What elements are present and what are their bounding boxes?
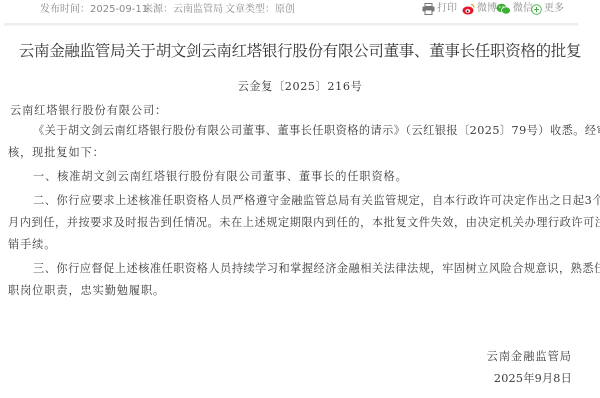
document-title: 云南金融监管局关于胡文剑云南红塔银行股份有限公司董事、董事长任职资格的批复 xyxy=(0,39,600,61)
source: 来源：云南监管局 xyxy=(143,4,223,16)
paragraph-line: 月内到任，并按要求及时报告到任情况。未在上述规定期限内到任的，本批复文件失效，由… xyxy=(8,216,600,230)
paragraph-line: 二、你行应要求上述核准任职资格人员严格遵守金融监管总局有关监管规定，自本行政许可… xyxy=(33,194,600,208)
paragraph-line: 《关于胡文剑云南红塔银行股份有限公司董事、董事长任职资格的请示》（云红银报〔20… xyxy=(33,124,600,138)
paragraph-line: 核，现批复如下： xyxy=(8,146,105,160)
share-weibo-button[interactable]: 微博 xyxy=(462,3,497,15)
publish-time: 发布时间：2025-09-11 xyxy=(40,4,148,16)
print-button[interactable]: 打印 xyxy=(422,3,457,15)
article-type-label: 文章类型： xyxy=(225,4,275,15)
document-number: 云金复〔2025〕216号 xyxy=(0,80,600,94)
paragraph-line: 职岗位职责，忠实勤勉履职。 xyxy=(8,284,165,298)
source-label: 来源： xyxy=(143,4,173,15)
header-divider xyxy=(4,23,578,25)
wechat-icon xyxy=(496,3,511,15)
issuer-signature: 云南金融监管局 xyxy=(487,350,572,364)
plus-circle-icon xyxy=(531,4,542,15)
printer-icon xyxy=(422,3,435,15)
addressee: 云南红塔银行股份有限公司： xyxy=(10,104,167,118)
article-type: 文章类型：原创 xyxy=(225,4,295,16)
more-label: 更多 xyxy=(544,3,564,15)
publish-time-label: 发布时间： xyxy=(40,4,90,15)
weibo-icon xyxy=(462,3,475,15)
paragraph-line: 三、你行应督促上述核准任职资格人员持续学习和掌握经济金融相关法律法规，牢固树立风… xyxy=(33,262,600,276)
source-value: 云南监管局 xyxy=(173,4,223,15)
share-more-button[interactable]: 更多 xyxy=(531,3,564,15)
issue-date: 2025年9月8日 xyxy=(494,372,572,386)
weibo-label: 微博 xyxy=(477,3,497,15)
article-meta-bar: 发布时间：2025-09-11 来源：云南监管局 文章类型：原创 打印 微博 微… xyxy=(0,0,600,22)
publish-time-value: 2025-09-11 xyxy=(90,4,148,15)
share-wechat-button[interactable]: 微信 xyxy=(496,3,533,15)
wechat-label: 微信 xyxy=(513,3,533,15)
paragraph-line: 一、核准胡文剑云南红塔银行股份有限公司董事、董事长的任职资格。 xyxy=(33,170,408,184)
article-type-value: 原创 xyxy=(275,4,295,15)
paragraph-line: 销手续。 xyxy=(8,238,56,252)
print-label: 打印 xyxy=(437,3,457,15)
